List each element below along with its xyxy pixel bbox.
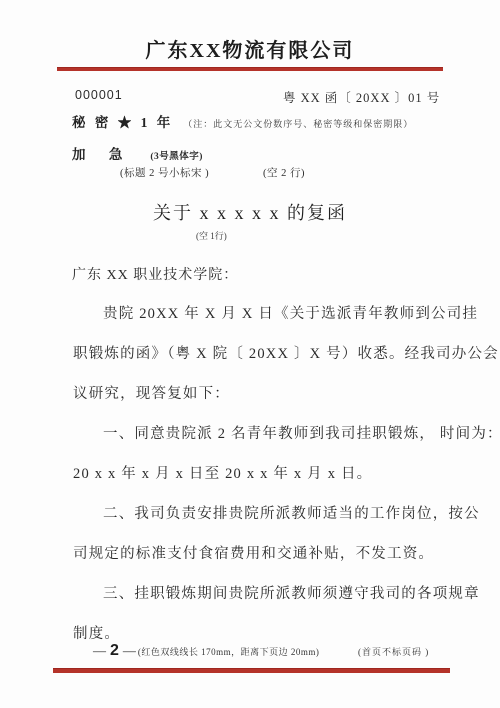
security-note: （注：此文无公文份数序号、秘密等级和保密期限） xyxy=(183,117,413,130)
urgency-label: 加 急 xyxy=(72,143,132,163)
body-line: 20 x x 年 x 月 x 日至 20 x x 年 x 月 x 日。 xyxy=(73,462,445,502)
company-letterhead-title: 广东XX物流有限公司 xyxy=(0,34,500,63)
page-number-dash-left: — xyxy=(93,643,106,659)
body-line: 一、同意贵院派 2 名青年教师到我司挂职锻炼， 时间为： xyxy=(73,422,445,462)
body-text-block: 贵院 20XX 年 X 月 X 日《关于选派青年教师到公司挂 职锻炼的函》（粤 … xyxy=(73,302,445,662)
blank-two-lines-annotation: (空 2 行) xyxy=(263,165,305,180)
red-divider-top xyxy=(57,67,443,71)
body-line: 贵院 20XX 年 X 月 X 日《关于选派青年教师到公司挂 xyxy=(73,302,445,342)
title-font-annotation: (标题 2 号小标宋 ) xyxy=(120,165,209,180)
document-reference-number: 粤 XX 函〔 20XX 〕01 号 xyxy=(283,88,440,106)
red-divider-bottom xyxy=(53,668,450,673)
footer-page-row: — 2 — (红色双线线长 170mm，距离下页边 20mm) xyxy=(93,642,319,660)
document-title: 关于 x x x x x 的复函 xyxy=(0,199,500,225)
serial-number: 000001 xyxy=(75,88,123,102)
body-line: 二、我司负责安排贵院所派教师适当的工作岗位，按公 xyxy=(73,502,445,542)
body-line: 司规定的标准支付食宿费用和交通补贴，不发工资。 xyxy=(73,542,445,582)
security-level-label: 秘 密 ★ 1 年 xyxy=(72,111,173,131)
red-line-spec-note: (红色双线线长 170mm，距离下页边 20mm) xyxy=(138,645,320,658)
urgency-font-note: (3号黑体字) xyxy=(150,148,203,162)
page-number-dash-right: — xyxy=(123,643,136,659)
recipient-line: 广东 XX 职业技术学院： xyxy=(72,264,238,284)
body-line: 职锻炼的函》（粤 X 院〔 20XX 〕X 号）收悉。经我司办公会 xyxy=(73,342,445,382)
page-number: 2 xyxy=(110,642,119,660)
urgency-row: 加 急 (3号黑体字) xyxy=(72,143,203,163)
security-classification-row: 秘 密 ★ 1 年 （注：此文无公文份数序号、秘密等级和保密期限） xyxy=(72,111,413,131)
pagination-note: (首页不标页码 ) xyxy=(358,645,429,658)
blank-one-line-annotation: (空 1行) xyxy=(196,229,227,242)
body-line: 三、挂职锻炼期间贵院所派教师须遵守我司的各项规章 xyxy=(73,582,445,622)
document-page: 广东XX物流有限公司 000001 粤 XX 函〔 20XX 〕01 号 秘 密… xyxy=(0,0,500,708)
body-line: 议研究，现答复如下： xyxy=(73,382,445,422)
